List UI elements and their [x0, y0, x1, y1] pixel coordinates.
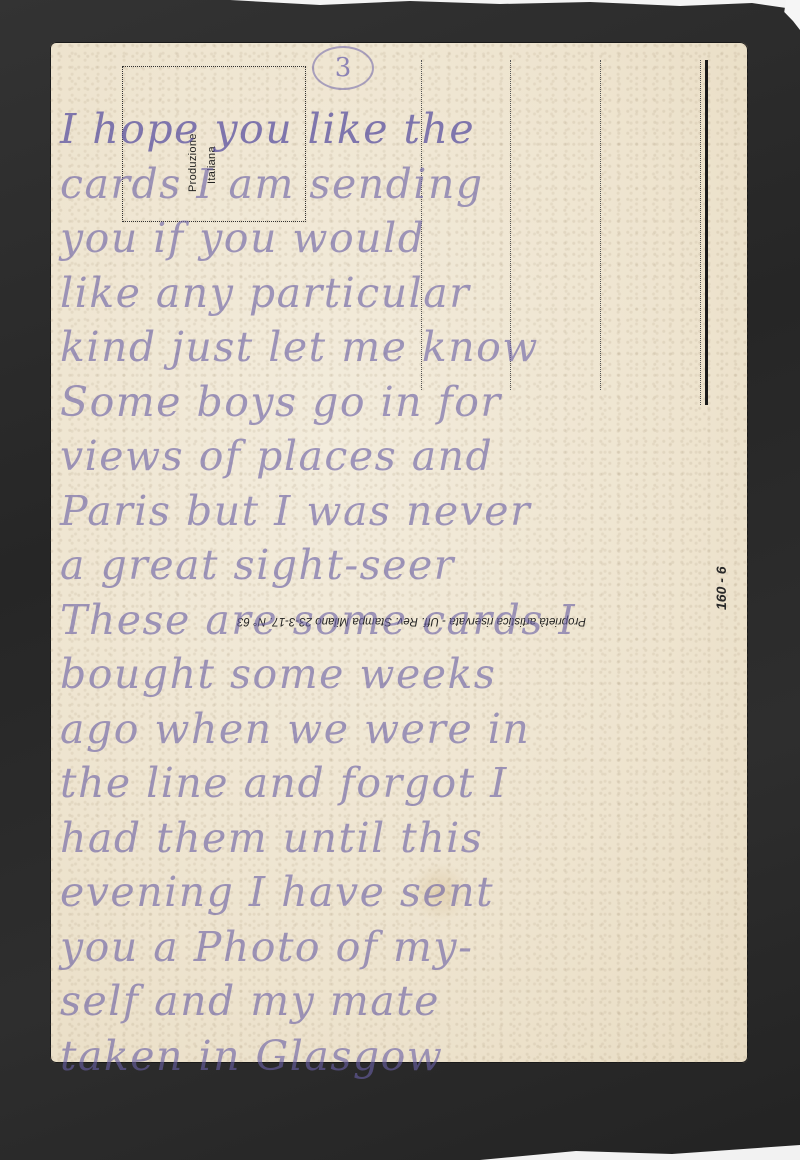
message-line: These are some cards I [60, 593, 740, 648]
circled-page-number: 3 [312, 46, 374, 90]
message-line: you a Photo of my- [60, 920, 740, 975]
message-line: a great sight-seer [60, 538, 740, 593]
message-line: the line and forgot I [60, 756, 740, 811]
message-line: taken in Glasgow [60, 1029, 740, 1084]
message-line: Some boys go in for [60, 375, 740, 430]
message-line: kind just let me know [60, 320, 740, 375]
handwritten-message: I hope you like the cards I am sending y… [60, 102, 740, 1083]
message-line: you if you would [60, 211, 740, 266]
message-line: cards I am sending [60, 157, 740, 212]
message-line: Paris but I was never [60, 484, 740, 539]
postcard-back: Produzione Italiana 3 Proprietà artistic… [50, 42, 748, 1063]
message-line: bought some weeks [60, 647, 740, 702]
message-line: views of places and [60, 429, 740, 484]
message-line: I hope you like the [60, 102, 740, 157]
message-line: had them until this [60, 811, 740, 866]
message-line: evening I have sent [60, 865, 740, 920]
message-line: self and my mate [60, 974, 740, 1029]
message-line: like any particular [60, 266, 740, 321]
message-line: ago when we were in [60, 702, 740, 757]
